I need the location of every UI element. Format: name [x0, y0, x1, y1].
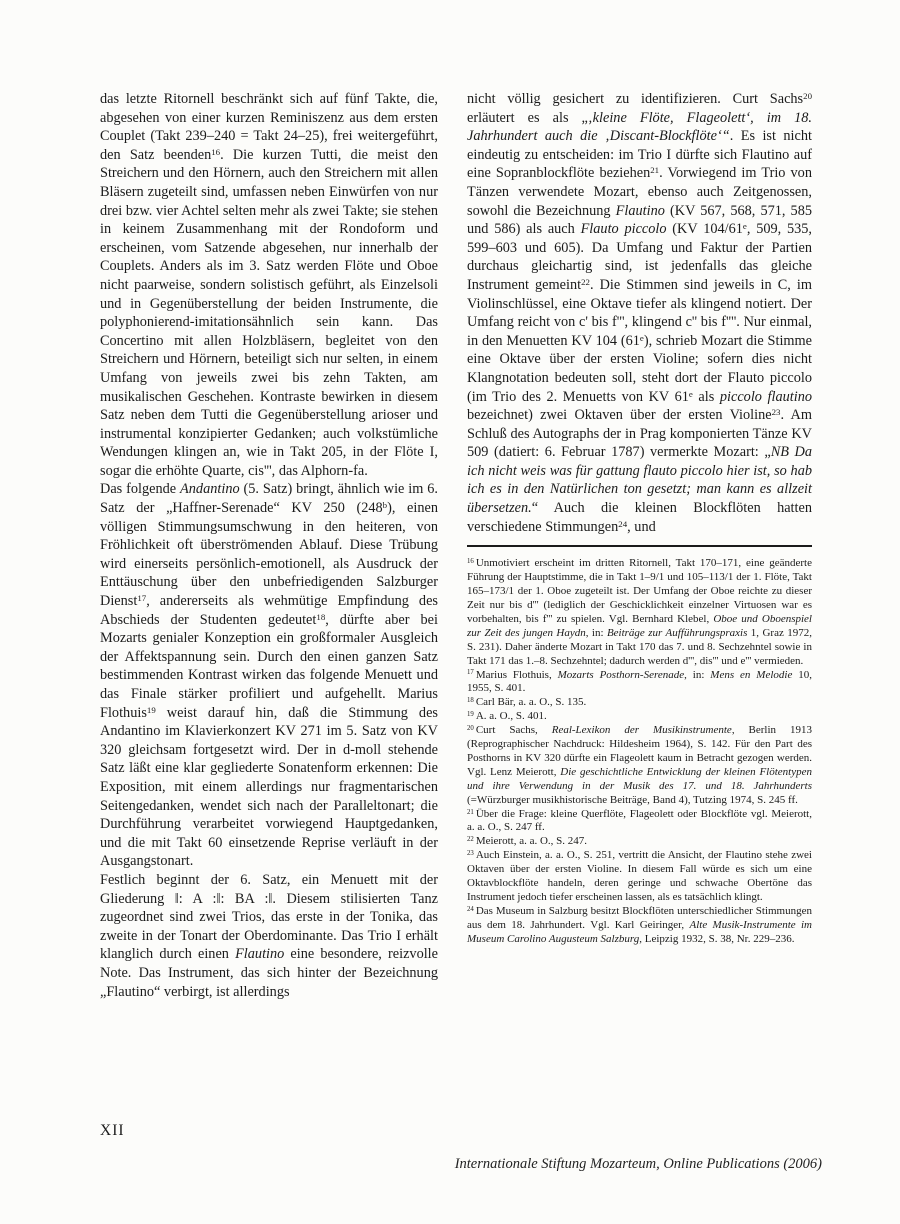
footnote-text: Über die Frage: kleine Querflöte, Flageo… [467, 808, 812, 834]
italic-text-run: Flautino [616, 203, 665, 219]
footnote-text: Auch Einstein, a. a. O., S. 251, vertrit… [467, 849, 812, 903]
text-run: nicht völlig gesichert zu identifizieren… [467, 91, 803, 107]
text-run: , in: [586, 627, 607, 639]
footnote-number: 21 [467, 809, 474, 816]
footnote: 23Auch Einstein, a. a. O., S. 251, vertr… [467, 849, 812, 905]
footnote-reference: e [640, 333, 644, 343]
italic-text-run: Real-Lexikon der Musikinstrumente [552, 724, 732, 736]
footnote: 18Carl Bär, a. a. O., S. 135. [467, 696, 812, 710]
footnote: 21Über die Frage: kleine Querflöte, Flag… [467, 808, 812, 836]
footnote: 22Meierott, a. a. O., S. 247. [467, 835, 812, 849]
footnote-text: Das Museum in Salzburg besitzt Blockflöt… [467, 905, 812, 945]
footnote-text: Unmotiviert erscheint im dritten Ritorne… [467, 557, 812, 666]
footnote-number: 20 [467, 725, 474, 732]
italic-text-run: Mens en Melodie [710, 669, 792, 681]
page-number: XII [100, 1122, 125, 1140]
italic-text-run: Flautino [235, 946, 284, 962]
footnote-reference: e [689, 389, 693, 399]
text-run: bezeichnet) zwei Oktaven über der ersten… [467, 407, 772, 423]
text-run: A. a. O., S. 401. [476, 710, 547, 722]
book-page: das letzte Ritornell beschränkt sich auf… [0, 0, 900, 1224]
footnote-reference: 16 [211, 147, 220, 157]
footnote-reference: e [743, 221, 747, 231]
paragraph: nicht völlig gesichert zu identifizieren… [467, 90, 812, 536]
text-run: , und [627, 519, 656, 535]
text-run: . Die kurzen Tutti, die meist den Streic… [100, 147, 438, 479]
footer-credit: Internationale Stiftung Mozarteum, Onlin… [455, 1156, 822, 1173]
italic-text-run: Andantino [180, 481, 240, 497]
paragraph: das letzte Ritornell beschränkt sich auf… [100, 90, 438, 480]
text-columns: das letzte Ritornell beschränkt sich auf… [100, 90, 812, 1001]
italic-text-run: Beiträge zur Aufführungspraxis [607, 627, 747, 639]
footnote-text: Meierott, a. a. O., S. 247. [476, 835, 587, 847]
footnote-number: 22 [467, 836, 474, 843]
text-run: (=Würzburger musikhistorische Beiträge, … [467, 794, 798, 806]
text-run: (KV 104/61 [667, 221, 743, 237]
footnote-text: Curt Sachs, Real-Lexikon der Musikinstru… [467, 724, 812, 806]
text-run: weist darauf hin, daß die Stimmung des A… [100, 705, 438, 870]
footnote-text: A. a. O., S. 401. [476, 710, 547, 722]
footnote-reference: 19 [147, 705, 156, 715]
text-run: Marius Flothuis, [476, 669, 558, 681]
footnote-text: Marius Flothuis, Mozarts Posthorn-Serena… [467, 669, 812, 695]
text-run: Über die Frage: kleine Querflöte, Flageo… [467, 808, 812, 834]
footnote-reference: b [383, 500, 387, 510]
paragraph: Festlich beginnt der 6. Satz, ein Menuet… [100, 871, 438, 1001]
text-run: Auch Einstein, a. a. O., S. 251, vertrit… [467, 849, 812, 903]
footnote-reference: 22 [581, 277, 590, 287]
text-run: Curt Sachs, [476, 724, 552, 736]
footnote-number: 19 [467, 711, 474, 718]
italic-text-run: Flauto piccolo [581, 221, 667, 237]
footnote-reference: 21 [650, 165, 659, 175]
footnote: 16Unmotiviert erscheint im dritten Ritor… [467, 557, 812, 668]
text-run: als [693, 389, 720, 405]
right-column: nicht völlig gesichert zu identifizieren… [467, 90, 812, 1001]
footnote: 17Marius Flothuis, Mozarts Posthorn-Sere… [467, 669, 812, 697]
text-run: Meierott, a. a. O., S. 247. [476, 835, 587, 847]
footnotes-block: 16Unmotiviert erscheint im dritten Ritor… [467, 557, 812, 946]
footnote-reference: 17 [137, 593, 146, 603]
footnote-text: Carl Bär, a. a. O., S. 135. [476, 696, 586, 708]
footnote-number: 17 [467, 669, 474, 676]
text-run: erläutert es als „ [467, 110, 588, 126]
text-run: Carl Bär, a. a. O., S. 135. [476, 696, 586, 708]
footnote-reference: 24 [618, 519, 627, 529]
text-run: Das folgende [100, 481, 180, 497]
footnote-number: 24 [467, 906, 474, 913]
italic-text-run: piccolo flautino [720, 389, 812, 405]
footnote-reference: 23 [772, 407, 781, 417]
text-run: , in: [684, 669, 710, 681]
left-column: das letzte Ritornell beschränkt sich auf… [100, 90, 438, 1001]
footnote: 19A. a. O., S. 401. [467, 710, 812, 724]
footnote-reference: 20 [803, 91, 812, 101]
footnote-number: 16 [467, 558, 474, 565]
text-run: , Leipzig 1932, S. 38, Nr. 229–236. [639, 933, 794, 945]
footnote: 24Das Museum in Salzburg besitzt Blockfl… [467, 905, 812, 947]
footnote-number: 18 [467, 697, 474, 704]
footnote: 20Curt Sachs, Real-Lexikon der Musikinst… [467, 724, 812, 807]
footnote-divider [467, 545, 812, 547]
italic-text-run: Mozarts Posthorn-Serenade [558, 669, 685, 681]
footnote-reference: 18 [316, 612, 325, 622]
footnote-number: 23 [467, 850, 474, 857]
paragraph: Das folgende Andantino (5. Satz) bringt,… [100, 480, 438, 870]
